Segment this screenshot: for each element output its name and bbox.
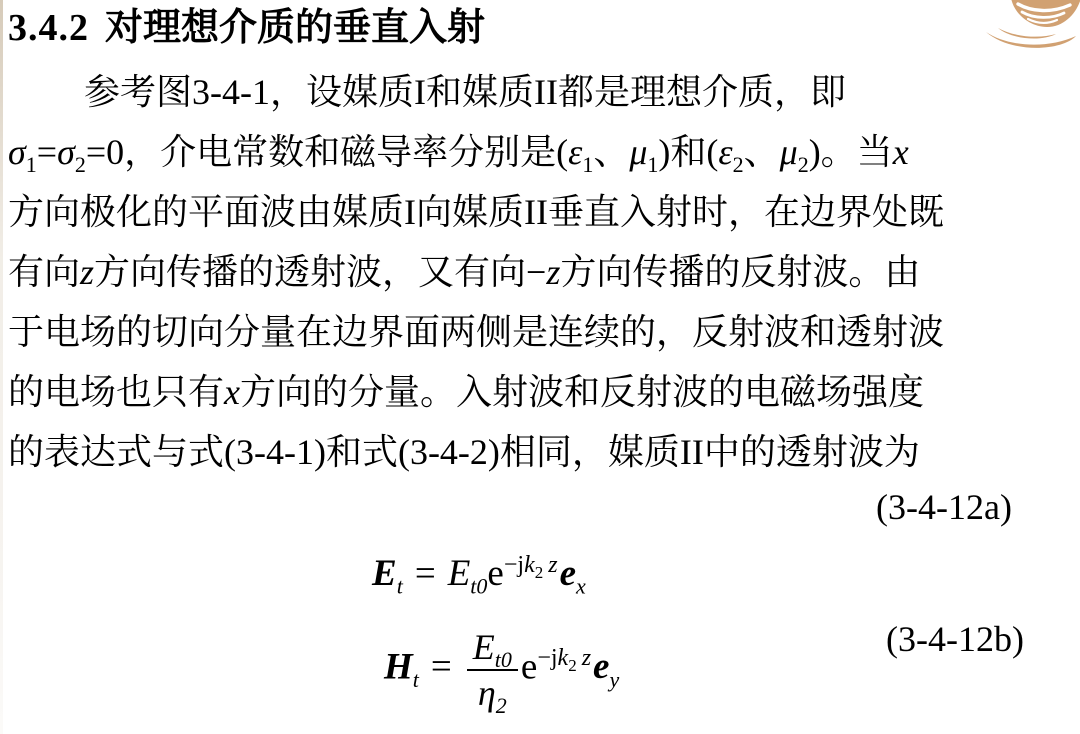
amplitude-E: E (448, 553, 471, 594)
equation-label-3-4-12a: (3-4-12a) (876, 486, 1012, 528)
exponent: −jk2z (504, 552, 558, 578)
section-heading-text: 对理想介质的垂直入射 (105, 7, 485, 49)
fraction-denominator: η2 (467, 671, 518, 714)
fraction: Et0η2 (467, 626, 518, 714)
vector-H: H (384, 646, 413, 687)
paragraph: 参考图3-4-1，设媒质I和媒质II都是理想介质，即 σ1=σ2=0，介电常数和… (8, 62, 1074, 482)
fraction-numerator: Et0 (467, 626, 518, 671)
paragraph-line: 于电场的切向分量在边界面两侧是连续的，反射波和透射波 (8, 302, 1074, 362)
paragraph-line: 的电场也只有x方向的分量。入射波和反射波的电磁场强度 (8, 362, 1074, 422)
coffee-cup-logo-icon (984, 0, 1080, 56)
equation-transmitted-e-field: Et=Et0e−jk2zex (372, 552, 586, 595)
paragraph-line: 参考图3-4-1，设媒质I和媒质II都是理想介质，即 (8, 62, 1074, 122)
paragraph-line: 有向z方向传播的透射波，又有向−z方向传播的反射波。由 (8, 242, 1074, 302)
exp-base: e (521, 646, 537, 687)
equals-sign: = (415, 553, 436, 594)
equals-sign: = (431, 646, 452, 687)
section-number: 3.4.2 (8, 7, 89, 49)
equation-transmitted-h-field: Ht=Et0η2e−jk2zey (384, 626, 619, 714)
slide-page: 3.4.2对理想介质的垂直入射 参考图3-4-1，设媒质I和媒质II都是理想介质… (0, 0, 1080, 734)
left-edge-scan-artifact (0, 0, 3, 734)
paragraph-line: 的表达式与式(3-4-1)和式(3-4-2)相同，媒质II中的透射波为 (8, 422, 1074, 482)
paragraph-line: σ1=σ2=0，介电常数和磁导率分别是(ε1、μ1)和(ε2、μ2)。当x (8, 122, 1074, 182)
paragraph-line: 方向极化的平面波由媒质I向媒质II垂直入射时，在边界处既 (8, 182, 1074, 242)
unit-vector-ex: e (560, 553, 576, 594)
vector-E: E (372, 553, 397, 594)
section-title: 3.4.2对理想介质的垂直入射 (8, 4, 485, 52)
exponent: −jk2z (537, 645, 591, 671)
equation-label-3-4-12b: (3-4-12b) (886, 618, 1024, 660)
exp-base: e (487, 553, 503, 594)
unit-vector-ey: e (593, 646, 609, 687)
